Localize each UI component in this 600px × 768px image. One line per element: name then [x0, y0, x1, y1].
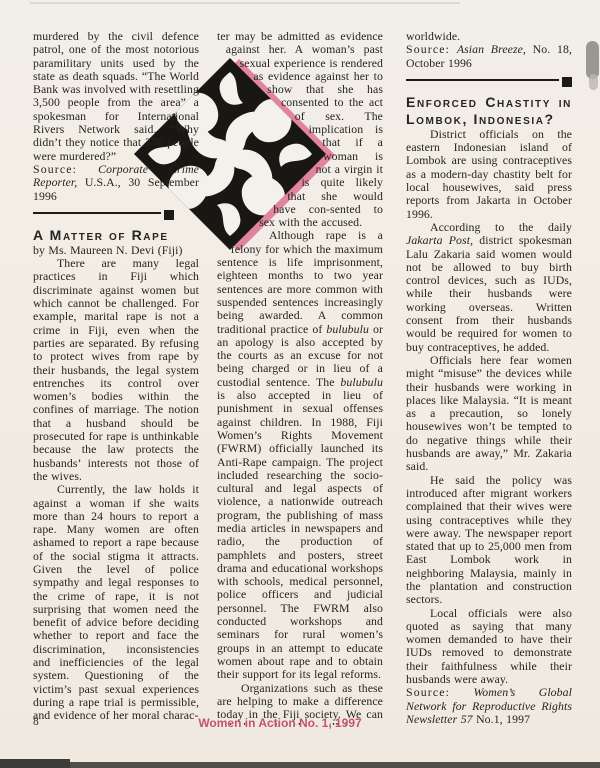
section-rule — [33, 210, 174, 220]
body-paragraph: District officials on the eastern Indone… — [406, 128, 572, 221]
body-paragraph: ter may be admitted as evidence against … — [217, 30, 383, 229]
rule-line — [33, 212, 161, 215]
scan-artifact-top-edge — [30, 2, 460, 4]
scan-artifact-right-edge-2 — [589, 74, 598, 90]
source-note: Source: Corporate Crime Reporter, U.S.A.… — [33, 163, 199, 203]
footer-journal-title: Women in Action No. 1, 1997 — [0, 716, 560, 730]
rule-line — [406, 79, 559, 82]
rule-end-square — [562, 77, 572, 87]
column-left: murdered by the civil defence patrol, on… — [33, 30, 199, 725]
body-paragraph: There are many legal practices in Fiji w… — [33, 257, 199, 483]
rule-end-square — [164, 210, 174, 220]
body-paragraph: murdered by the civil defence patrol, on… — [33, 30, 199, 163]
ornament-text-wrap-spacer — [217, 30, 323, 258]
magazine-page-scan: murdered by the civil defence patrol, on… — [0, 0, 600, 768]
scan-artifact-bottom-left-corner — [0, 759, 70, 768]
body-paragraph: Local officials were also quoted as sayi… — [406, 607, 572, 687]
article-heading-chastity-line2: Lombok, Indonesia? — [406, 111, 572, 127]
article-heading-chastity-line1: Enforced Chastity in — [406, 94, 572, 110]
body-paragraph: Currently, the law holds it against a wo… — [33, 483, 199, 722]
body-paragraph: He said the policy was introduced after … — [406, 474, 572, 607]
source-note: Source: Asian Breeze, No. 18, October 19… — [406, 43, 572, 70]
body-paragraph: Officials here fear women might “misuse”… — [406, 354, 572, 474]
body-paragraph: According to the daily Jakarta Post, dis… — [406, 221, 572, 354]
article-heading-rape: A Matter of Rape — [33, 227, 199, 243]
column-right: worldwide. Source: Asian Breeze, No. 18,… — [406, 30, 572, 725]
column-middle: ter may be admitted as evidence against … — [217, 30, 383, 725]
article-byline: by Ms. Maureen N. Devi (Fiji) — [33, 244, 199, 257]
body-paragraph: worldwide. — [406, 30, 572, 43]
scan-artifact-bottom-edge — [0, 762, 600, 768]
section-rule — [406, 77, 572, 87]
body-paragraph: Although rape is a felony for which the … — [217, 229, 383, 681]
